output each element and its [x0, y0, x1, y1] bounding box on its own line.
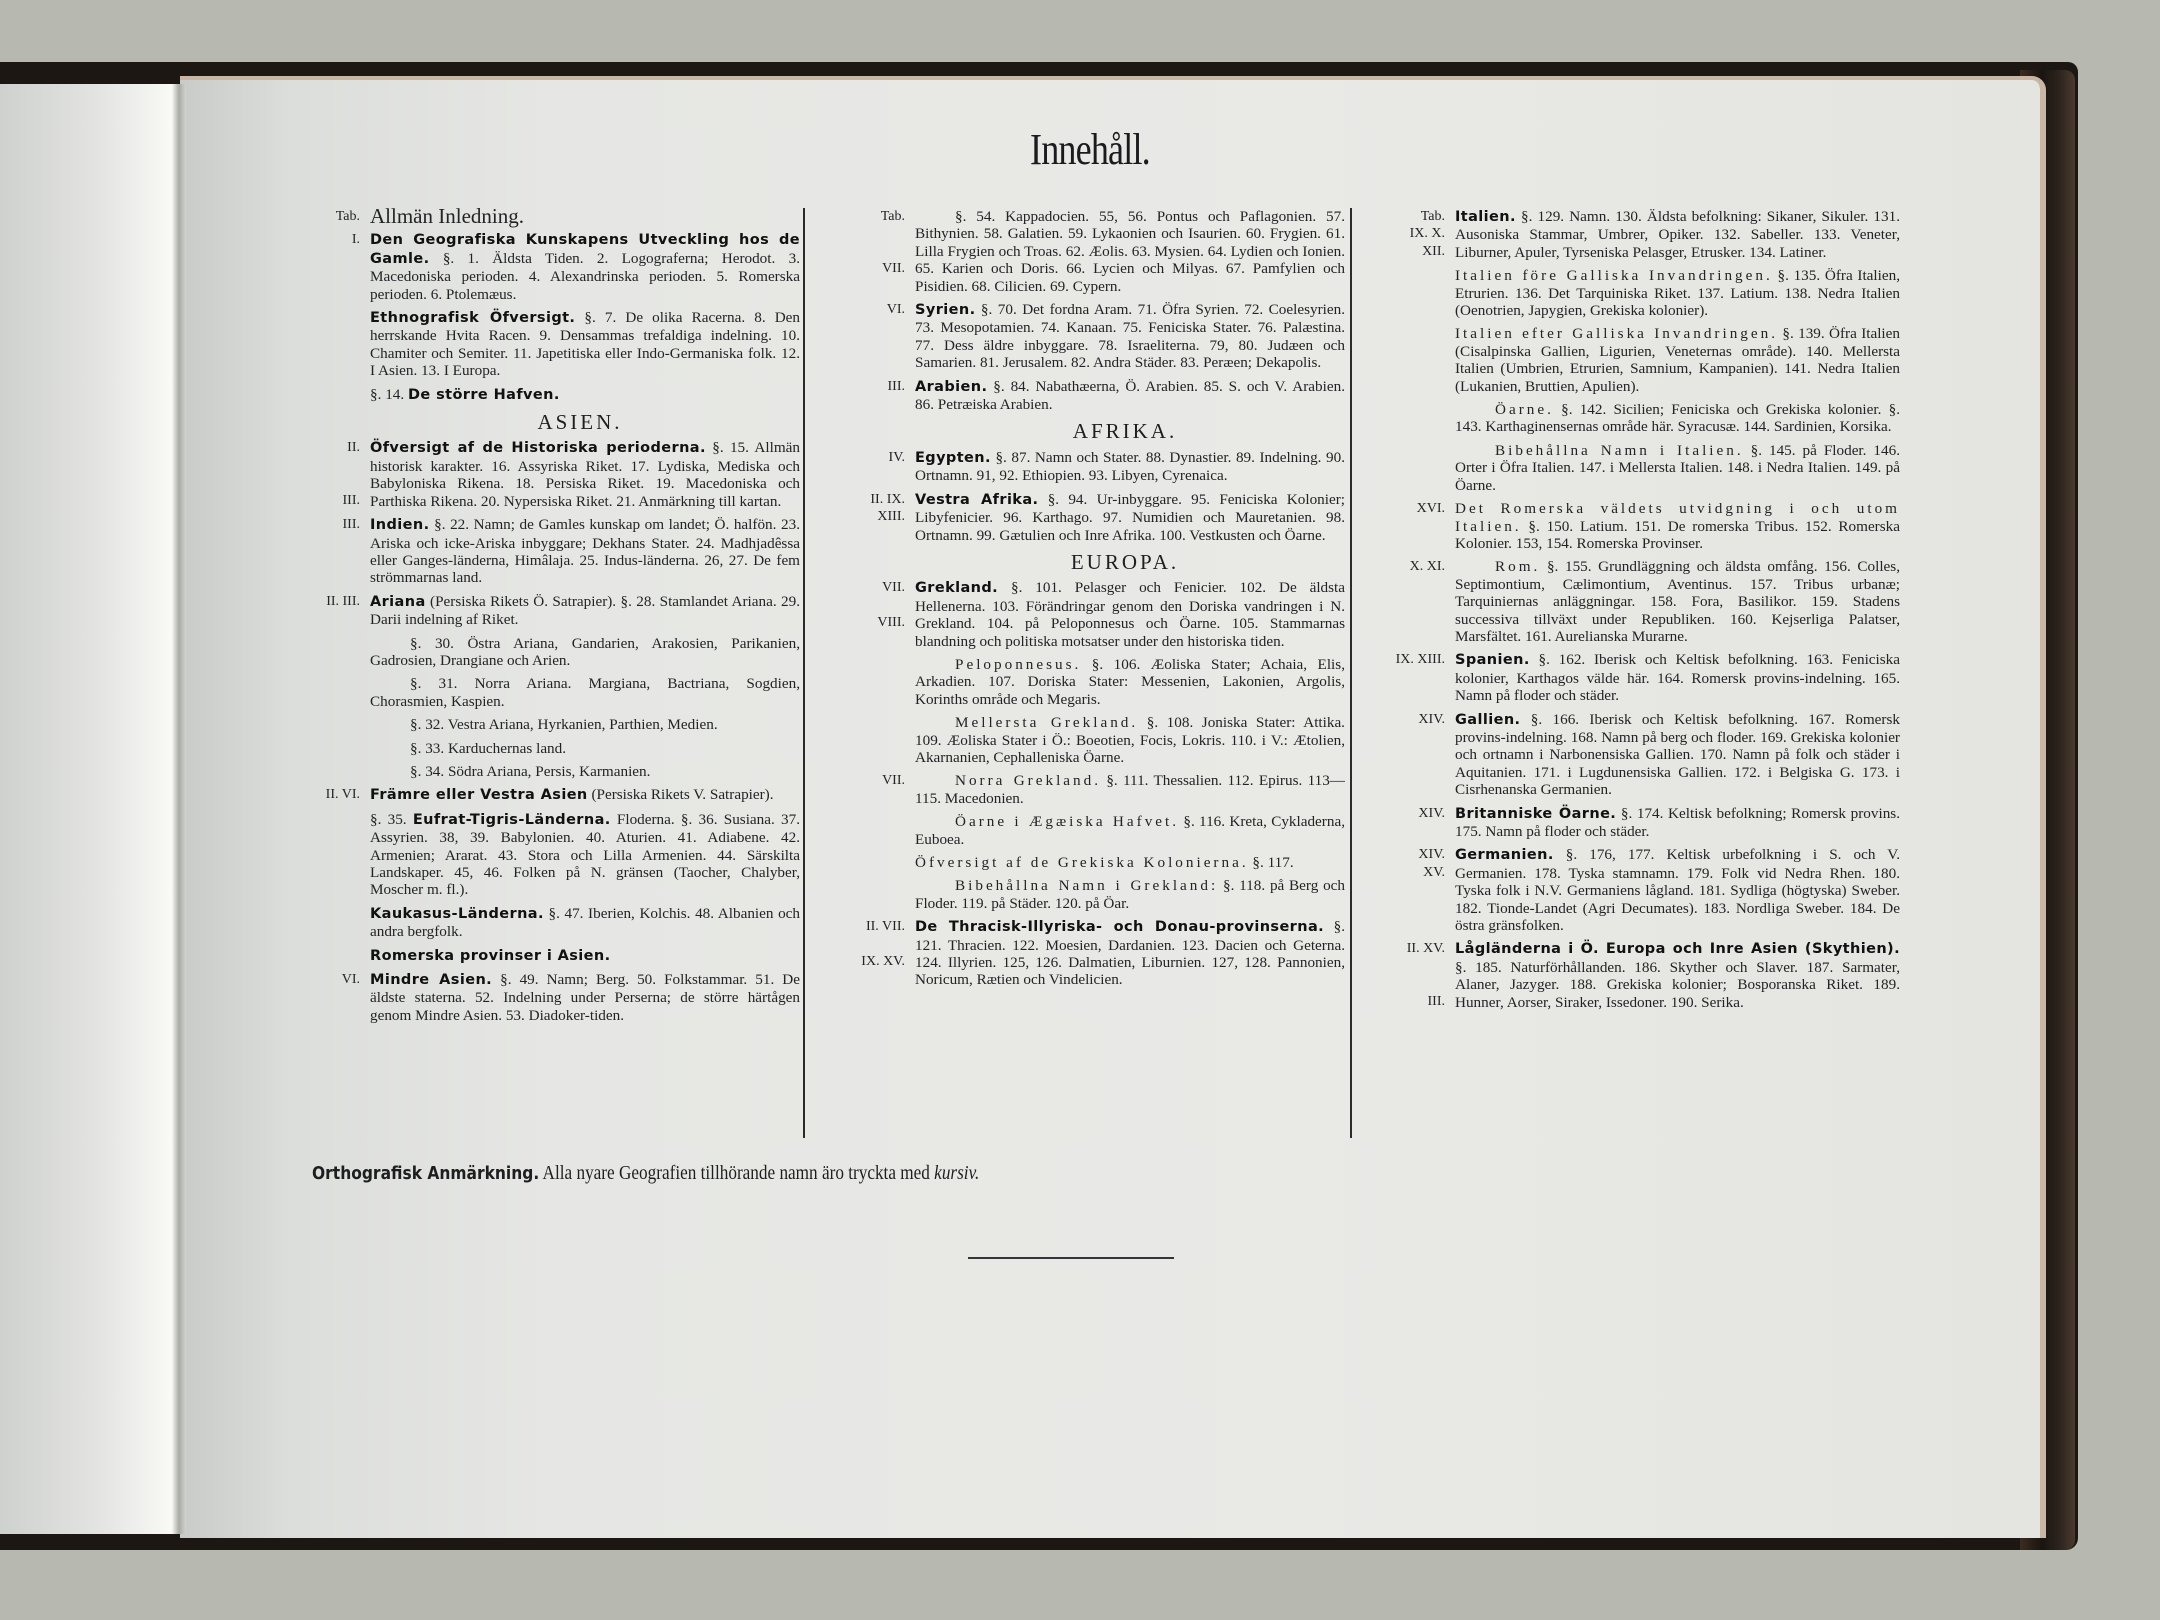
entry-text: Öarne i Ægæiska Hafvet. §. 116. Kreta, C…: [915, 813, 1345, 848]
entry-heading: Ethnografisk Öfversigt.: [370, 310, 575, 326]
end-rule: [968, 1257, 1174, 1259]
entry-body: §. 33. Karduchernas land.: [410, 740, 566, 757]
left-page: [0, 84, 176, 1534]
tab-reference: [1385, 442, 1455, 494]
entry-heading: Eufrat-Tigris-Länderna.: [413, 812, 611, 828]
entry-heading: De Thracisk-Illyriska- och Donau-provins…: [915, 919, 1324, 935]
entry-text: Italien före Galliska Invandringen. §. 1…: [1455, 267, 1900, 319]
entry-text: Rom. §. 155. Grundläggning och äldsta om…: [1455, 558, 1900, 645]
contents-entry: §. 32. Vestra Ariana, Hyrkanien, Parthie…: [300, 716, 800, 733]
entry-text: Arabien. §. 84. Nabathæerna, Ö. Arabien.…: [915, 378, 1345, 414]
entry-body: §. 166. Iberisk och Keltisk befolkning. …: [1455, 711, 1900, 799]
entry-text: Egypten. §. 87. Namn och Stater. 88. Dyn…: [915, 449, 1345, 485]
entry-body: §. 1. Äldsta Tiden. 2. Logograferna; Her…: [370, 250, 800, 303]
entry-text: Italien efter Galliska Invandringen. §. …: [1455, 325, 1900, 395]
entry-subheading: Rom.: [1495, 558, 1540, 575]
contents-entry: II. XV. III.Lågländerna i Ö. Europa och …: [1385, 940, 1900, 1011]
tab-reference: [1385, 401, 1455, 436]
entry-heading: Spanien.: [1455, 652, 1530, 668]
contents-entry: X. XI.Rom. §. 155. Grundläggning och äld…: [1385, 558, 1900, 645]
contents-entry: Romerska provinser i Asien.: [300, 947, 800, 965]
entry-text: §. 14. De större Hafven.: [370, 386, 800, 404]
section-heading-afrika: AFRIKA.: [905, 423, 1345, 440]
entry-heading: Främre eller Vestra Asien: [370, 787, 588, 803]
entry-subheading: Mellersta Grekland.: [955, 714, 1138, 731]
entry-body: §. 14.: [370, 386, 408, 403]
tab-reference: VII. VIII.: [845, 579, 915, 650]
contents-entry: VI.Mindre Asien. §. 49. Namn; Berg. 50. …: [300, 971, 800, 1024]
entry-text: Gallien. §. 166. Iberisk och Keltisk bef…: [1455, 711, 1900, 799]
tab-reference: Tab. IX. X. XII.: [1385, 208, 1455, 261]
tab-reference: [845, 854, 915, 871]
tab-reference: [1385, 325, 1455, 395]
entry-heading: Gallien.: [1455, 712, 1520, 728]
tab-reference: VI.: [300, 971, 370, 1024]
tab-reference: XVI.: [1385, 500, 1455, 552]
entry-heading: Öfversigt af de Historiska perioderna.: [370, 440, 706, 456]
entry-heading: Syrien.: [915, 302, 975, 318]
entry-text: Peloponnesus. §. 106. Æoliska Stater; Ac…: [915, 656, 1345, 708]
contents-entry: II. IX. XIII.Vestra Afrika. §. 94. Ur-in…: [845, 491, 1345, 544]
tab-reference: II. IX. XIII.: [845, 491, 915, 544]
tab-reference: X. XI.: [1385, 558, 1455, 645]
tab-reference: [300, 716, 370, 733]
tab-reference: XIV. XV.: [1385, 846, 1455, 934]
contents-entry: I.Den Geografiska Kunskapens Utveckling …: [300, 231, 800, 303]
entry-text: Lågländerna i Ö. Europa och Inre Asien (…: [1455, 940, 1900, 1011]
entry-heading: Vestra Afrika.: [915, 492, 1038, 508]
entry-text: §. 33. Karduchernas land.: [370, 740, 800, 757]
entry-text: Italien. §. 129. Namn. 130. Äldsta befol…: [1455, 208, 1900, 261]
contents-entry: Tab. IX. X. XII.Italien. §. 129. Namn. 1…: [1385, 208, 1900, 261]
entry-subheading: Peloponnesus.: [955, 656, 1081, 673]
contents-entry: §. 30. Östra Ariana, Gandarien, Arakosie…: [300, 635, 800, 670]
contents-entry: §. 34. Södra Ariana, Persis, Karmanien.: [300, 763, 800, 780]
entry-text: Bibehållna Namn i Italien. §. 145. på Fl…: [1455, 442, 1900, 494]
entry-text: Norra Grekland. §. 111. Thessalien. 112.…: [915, 772, 1345, 807]
tab-reference: [845, 813, 915, 848]
tab-label: Tab.: [300, 208, 370, 225]
entry-text: Ariana (Persiska Rikets Ö. Satrapier). §…: [370, 593, 800, 629]
contents-entry: III.Arabien. §. 84. Nabathæerna, Ö. Arab…: [845, 378, 1345, 414]
entry-heading: Arabien.: [915, 379, 987, 395]
entry-body: §. 185. Naturförhållanden. 186. Skyther …: [1455, 959, 1900, 1011]
tab-reference: [300, 675, 370, 710]
contents-entry: VII. VIII.Grekland. §. 101. Pelasger och…: [845, 579, 1345, 650]
entry-text: §. 31. Norra Ariana. Margiana, Bactriana…: [370, 675, 800, 710]
entry-text: Kaukasus-Länderna. §. 47. Iberien, Kolch…: [370, 905, 800, 941]
contents-entry: §. 35. Eufrat-Tigris-Länderna. Floderna.…: [300, 811, 800, 899]
entry-text: Grekland. §. 101. Pelasger och Fenicier.…: [915, 579, 1345, 650]
entry-heading: Grekland.: [915, 580, 998, 596]
entry-text: Främre eller Vestra Asien (Persiska Rike…: [370, 786, 800, 804]
entry-body: §. 34. Södra Ariana, Persis, Karmanien.: [410, 763, 650, 780]
entry-heading: Germanien.: [1455, 847, 1554, 863]
entry-text: Ethnografisk Öfversigt. §. 7. De olika R…: [370, 309, 800, 380]
contents-entry: IV.Egypten. §. 87. Namn och Stater. 88. …: [845, 449, 1345, 485]
contents-entry: II. VII. IX. XV.De Thracisk-Illyriska- o…: [845, 918, 1345, 989]
tab-reference: [300, 309, 370, 380]
tab-reference: II. VI.: [300, 786, 370, 804]
tab-reference: [300, 763, 370, 780]
contents-entry: XVI.Det Romerska väldets utvidgning i oc…: [1385, 500, 1900, 552]
tab-reference: II. VII. IX. XV.: [845, 918, 915, 989]
entry-body: §. 70. Det fordna Aram. 71. Öfra Syrien.…: [915, 301, 1345, 371]
tab-reference: II. XV. III.: [1385, 940, 1455, 1011]
entry-subheading: Öfversigt af de Grekiska Kolonierna.: [915, 854, 1249, 871]
entry-subheading: Norra Grekland.: [955, 772, 1101, 789]
column-divider: [803, 208, 805, 1138]
entry-text: Den Geografiska Kunskapens Utveckling ho…: [370, 231, 800, 303]
section-heading-europa: EUROPA.: [905, 554, 1345, 571]
entry-text: Bibehållna Namn i Grekland: §. 118. på B…: [915, 877, 1345, 912]
tab-reference: VI.: [845, 301, 915, 372]
note-label: Orthografisk Anmärkning.: [312, 1163, 539, 1184]
tab-reference: [845, 877, 915, 912]
entry-heading: Romerska provinser i Asien.: [370, 948, 611, 964]
entry-body: §. 32. Vestra Ariana, Hyrkanien, Parthie…: [410, 716, 718, 733]
tab-reference: XIV.: [1385, 711, 1455, 799]
section-heading-asien: ASIEN.: [360, 414, 800, 431]
contents-entry: II. VI.Främre eller Vestra Asien (Persis…: [300, 786, 800, 804]
tab-reference: [1385, 267, 1455, 319]
contents-entry: IX. XIII.Spanien. §. 162. Iberisk och Ke…: [1385, 651, 1900, 704]
entry-subheading: Öarne i Ægæiska Hafvet.: [955, 813, 1179, 830]
contents-entry: II. III.Öfversigt af de Historiska perio…: [300, 439, 800, 510]
entry-text: §. 34. Södra Ariana, Persis, Karmanien.: [370, 763, 800, 780]
entry-text: Öarne. §. 142. Sicilien; Feniciska och G…: [1455, 401, 1900, 436]
entry-body: §. 150. Latium. 151. De romerska Tribus.…: [1455, 518, 1900, 552]
entry-body: §. 117.: [1249, 854, 1294, 871]
entry-text: Germanien. §. 176, 177. Keltisk urbefolk…: [1455, 846, 1900, 934]
contents-entry: VI.Syrien. §. 70. Det fordna Aram. 71. Ö…: [845, 301, 1345, 372]
tab-reference: [300, 811, 370, 899]
tab-reference: [300, 386, 370, 404]
contents-entry: Öfversigt af de Grekiska Kolonierna. §. …: [845, 854, 1345, 871]
contents-entry: Mellersta Grekland. §. 108. Joniska Stat…: [845, 714, 1345, 766]
entry-heading: Ariana: [370, 594, 426, 610]
entry-text: Öfversigt af de Historiska perioderna. §…: [370, 439, 800, 510]
tab-reference: II. III.: [300, 439, 370, 510]
entry-heading: Italien.: [1455, 209, 1516, 225]
entry-prefix: §. 35.: [370, 811, 413, 828]
entry-body: (Persiska Rikets Ö. Satrapier). §. 28. S…: [370, 593, 800, 628]
tab-reference: VII.: [845, 772, 915, 807]
page-title: Innehåll.: [1030, 124, 1150, 175]
tab-reference: [300, 947, 370, 965]
tab-reference: II. III.: [300, 593, 370, 629]
entry-text: Mellersta Grekland. §. 108. Joniska Stat…: [915, 714, 1345, 766]
contents-column-2: Tab. VII.§. 54. Kappadocien. 55, 56. Pon…: [845, 208, 1345, 995]
contents-entry: Ethnografisk Öfversigt. §. 7. De olika R…: [300, 309, 800, 380]
entry-text: De Thracisk-Illyriska- och Donau-provins…: [915, 918, 1345, 989]
contents-entry: Peloponnesus. §. 106. Æoliska Stater; Ac…: [845, 656, 1345, 708]
entry-body: §. 22. Namn; de Gamles kunskap om landet…: [370, 516, 800, 586]
entry-text: Britanniske Öarne. §. 174. Keltisk befol…: [1455, 805, 1900, 841]
tab-reference: [300, 635, 370, 670]
entry-text: Spanien. §. 162. Iberisk och Keltisk bef…: [1455, 651, 1900, 704]
entry-heading: Indien.: [370, 517, 430, 533]
entry-text: Indien. §. 22. Namn; de Gamles kunskap o…: [370, 516, 800, 587]
entry-heading: Britanniske Öarne.: [1455, 806, 1616, 822]
contents-entry: VII.Norra Grekland. §. 111. Thessalien. …: [845, 772, 1345, 807]
entry-body: (Persiska Rikets V. Satrapier).: [588, 786, 774, 803]
tab-reference: [300, 905, 370, 941]
tab-reference: I.: [300, 231, 370, 303]
entry-text: §. 35. Eufrat-Tigris-Länderna. Floderna.…: [370, 811, 800, 899]
tab-reference: III.: [845, 378, 915, 414]
entry-heading: De större Hafven.: [408, 387, 560, 403]
contents-entry: Tab. VII.§. 54. Kappadocien. 55, 56. Pon…: [845, 208, 1345, 295]
contents-entry: XIV.Britanniske Öarne. §. 174. Keltisk b…: [1385, 805, 1900, 841]
contents-entry: XIV. XV.Germanien. §. 176, 177. Keltisk …: [1385, 846, 1900, 934]
entry-text: Syrien. §. 70. Det fordna Aram. 71. Öfra…: [915, 301, 1345, 372]
contents-entry: Öarne. §. 142. Sicilien; Feniciska och G…: [1385, 401, 1900, 436]
contents-entry: Öarne i Ægæiska Hafvet. §. 116. Kreta, C…: [845, 813, 1345, 848]
entry-text: Vestra Afrika. §. 94. Ur-inbyggare. 95. …: [915, 491, 1345, 544]
entry-body: §. 31. Norra Ariana. Margiana, Bactriana…: [370, 675, 800, 709]
entry-heading: Lågländerna i Ö. Europa och Inre Asien (…: [1455, 941, 1900, 957]
tab-reference: IX. XIII.: [1385, 651, 1455, 704]
entry-subheading: Italien före Galliska Invandringen.: [1455, 267, 1773, 284]
contents-entry: Bibehållna Namn i Grekland: §. 118. på B…: [845, 877, 1345, 912]
contents-entry: Bibehållna Namn i Italien. §. 145. på Fl…: [1385, 442, 1900, 494]
contents-column-3: Tab. IX. X. XII.Italien. §. 129. Namn. 1…: [1385, 208, 1900, 1017]
entry-text: Mindre Asien. §. 49. Namn; Berg. 50. Fol…: [370, 971, 800, 1024]
contents-entry: Italien före Galliska Invandringen. §. 1…: [1385, 267, 1900, 319]
tab-reference: IV.: [845, 449, 915, 485]
entry-subheading: Bibehållna Namn i Grekland:: [955, 877, 1218, 894]
entry-text: §. 32. Vestra Ariana, Hyrkanien, Parthie…: [370, 716, 800, 733]
entry-body: §. 54. Kappadocien. 55, 56. Pontus och P…: [915, 208, 1345, 295]
tab-reference: [300, 740, 370, 757]
book-gutter: [172, 84, 186, 1534]
contents-column-1: Tab. Allmän Inledning. I.Den Geografiska…: [300, 208, 800, 1030]
note-text: Alla nyare Geografien tillhörande namn ä…: [543, 1162, 930, 1184]
contents-entry: §. 33. Karduchernas land.: [300, 740, 800, 757]
contents-entry: Kaukasus-Länderna. §. 47. Iberien, Kolch…: [300, 905, 800, 941]
column-divider: [1350, 208, 1352, 1138]
tab-reference: XIV.: [1385, 805, 1455, 841]
entry-text: §. 54. Kappadocien. 55, 56. Pontus och P…: [915, 208, 1345, 295]
entry-heading: Kaukasus-Länderna.: [370, 906, 544, 922]
tab-reference: III.: [300, 516, 370, 587]
entry-text: Romerska provinser i Asien.: [370, 947, 800, 965]
contents-entry: §. 14. De större Hafven.: [300, 386, 800, 404]
entry-heading: Mindre Asien.: [370, 972, 492, 988]
entry-body: §. 30. Östra Ariana, Gandarien, Arakosie…: [370, 635, 800, 669]
entry-text: §. 30. Östra Ariana, Gandarien, Arakosie…: [370, 635, 800, 670]
entry-text: Det Romerska väldets utvidgning i och ut…: [1455, 500, 1900, 552]
contents-entry: §. 31. Norra Ariana. Margiana, Bactriana…: [300, 675, 800, 710]
entry-subheading: Öarne.: [1495, 401, 1554, 418]
orthographic-note: Orthografisk Anmärkning. Alla nyare Geog…: [312, 1162, 979, 1185]
entry-heading: Egypten.: [915, 450, 991, 466]
contents-entry: Italien efter Galliska Invandringen. §. …: [1385, 325, 1900, 395]
tab-reference: Tab. VII.: [845, 208, 915, 295]
entry-subheading: Italien efter Galliska Invandringen.: [1455, 325, 1778, 342]
entry-body: §. 129. Namn. 130. Äldsta befolkning: Si…: [1455, 208, 1900, 261]
contents-entry: II. III.Ariana (Persiska Rikets Ö. Satra…: [300, 593, 800, 629]
contents-entry: XIV.Gallien. §. 166. Iberisk och Keltisk…: [1385, 711, 1900, 799]
entry-subheading: Bibehållna Namn i Italien.: [1495, 442, 1744, 459]
entry-text: Öfversigt af de Grekiska Kolonierna. §. …: [915, 854, 1345, 871]
section-heading-allman-inledning: Allmän Inledning.: [370, 208, 800, 225]
tab-reference: [845, 714, 915, 766]
note-italic: kursiv.: [934, 1162, 979, 1184]
contents-entry: III.Indien. §. 22. Namn; de Gamles kunsk…: [300, 516, 800, 587]
intro-heading-row: Tab. Allmän Inledning.: [300, 208, 800, 225]
tab-reference: [845, 656, 915, 708]
